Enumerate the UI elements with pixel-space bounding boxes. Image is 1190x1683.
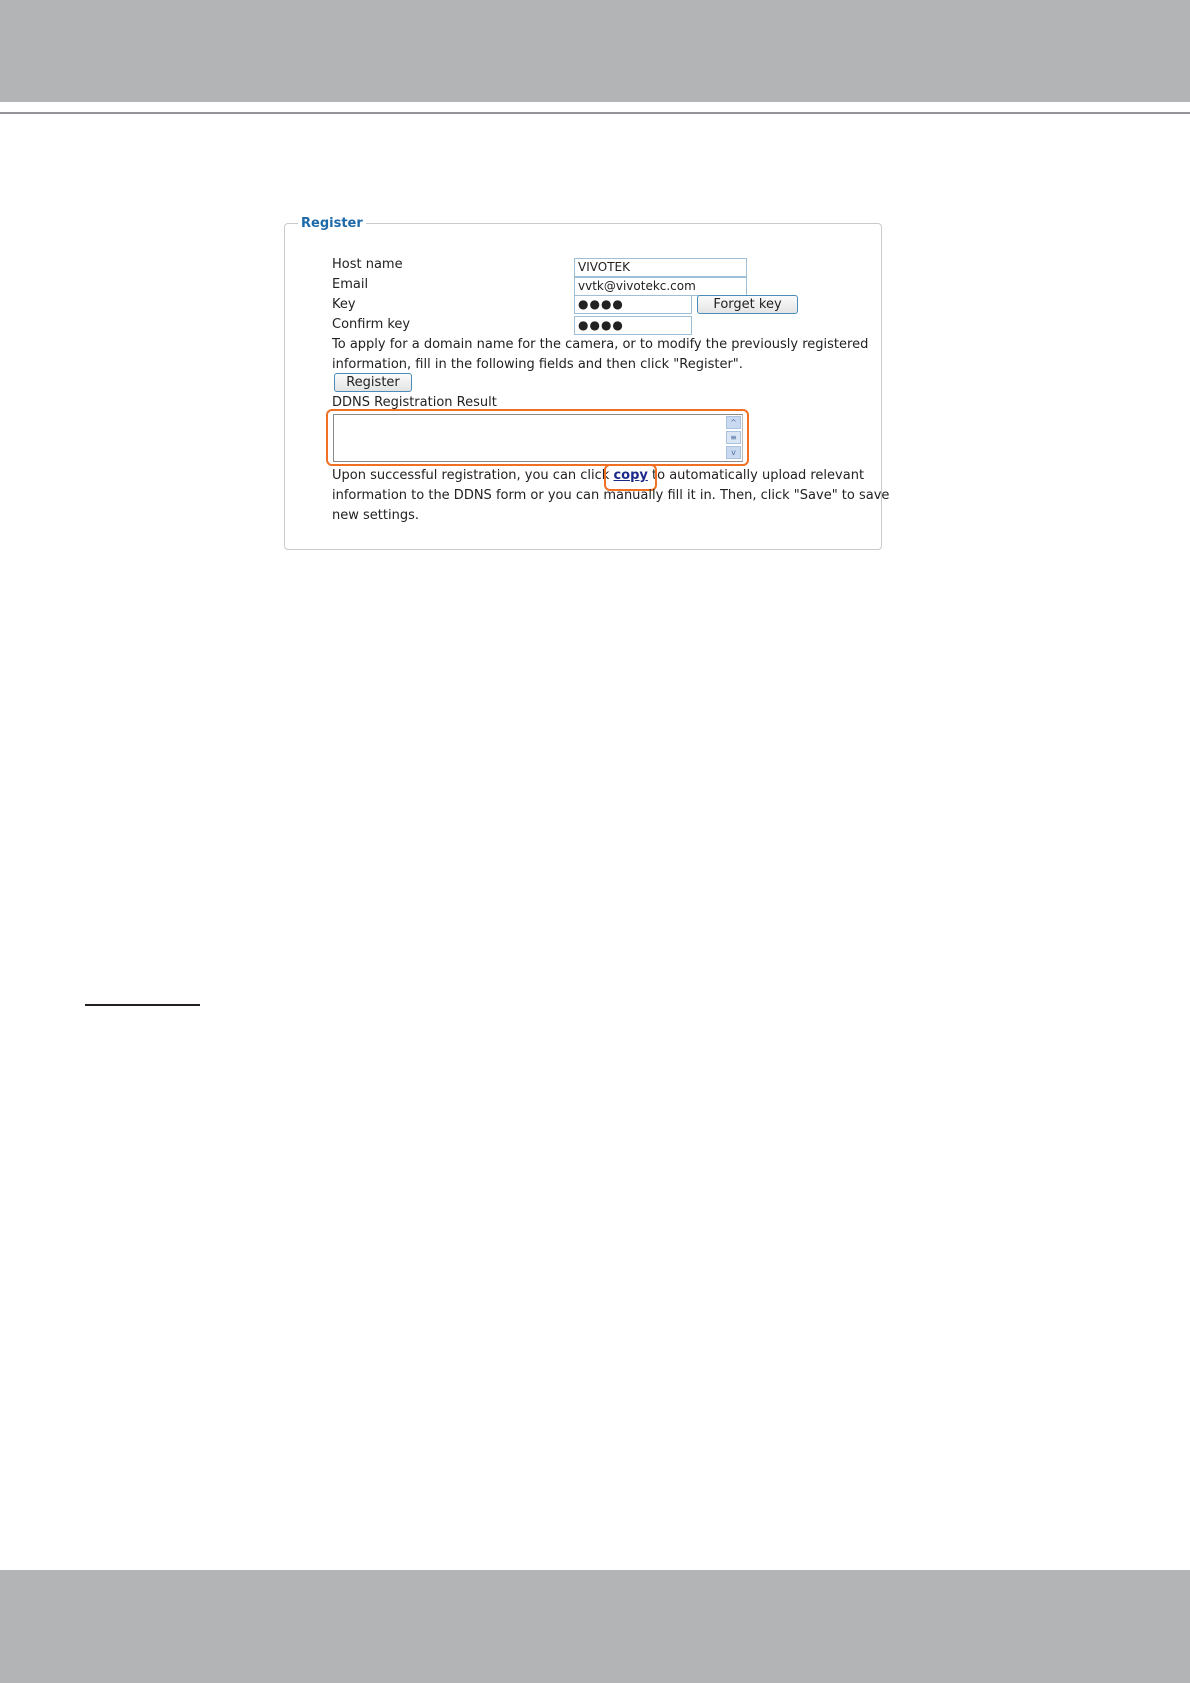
confirm-key-input[interactable]: ●●●● xyxy=(574,316,692,335)
email-label: Email xyxy=(332,277,368,293)
note-after-link: to automatically upload relevant xyxy=(648,468,864,483)
footer-band xyxy=(0,1570,1190,1683)
header-band xyxy=(0,0,1190,102)
key-label: Key xyxy=(332,297,356,313)
note-line-2: information to the DDNS form or you can … xyxy=(332,486,892,506)
note-before-link: Upon successful registration, you can cl… xyxy=(332,468,613,483)
note-line-3: new settings. xyxy=(332,506,892,526)
forget-key-button[interactable]: Forget key xyxy=(697,295,798,314)
header-rule xyxy=(0,112,1190,114)
key-input[interactable]: ●●●● xyxy=(574,295,692,314)
section-underline xyxy=(85,1004,200,1006)
host-name-input[interactable]: VIVOTEK xyxy=(574,258,747,277)
email-input[interactable]: vvtk@vivotekc.com xyxy=(574,277,747,296)
instructions-line-1: To apply for a domain name for the camer… xyxy=(332,335,892,355)
register-legend: Register xyxy=(298,216,366,231)
result-highlight-box xyxy=(326,409,749,466)
register-button[interactable]: Register xyxy=(334,373,412,392)
instructions-line-2: information, fill in the following field… xyxy=(332,355,892,375)
confirm-key-label: Confirm key xyxy=(332,317,410,333)
host-name-label: Host name xyxy=(332,257,403,273)
